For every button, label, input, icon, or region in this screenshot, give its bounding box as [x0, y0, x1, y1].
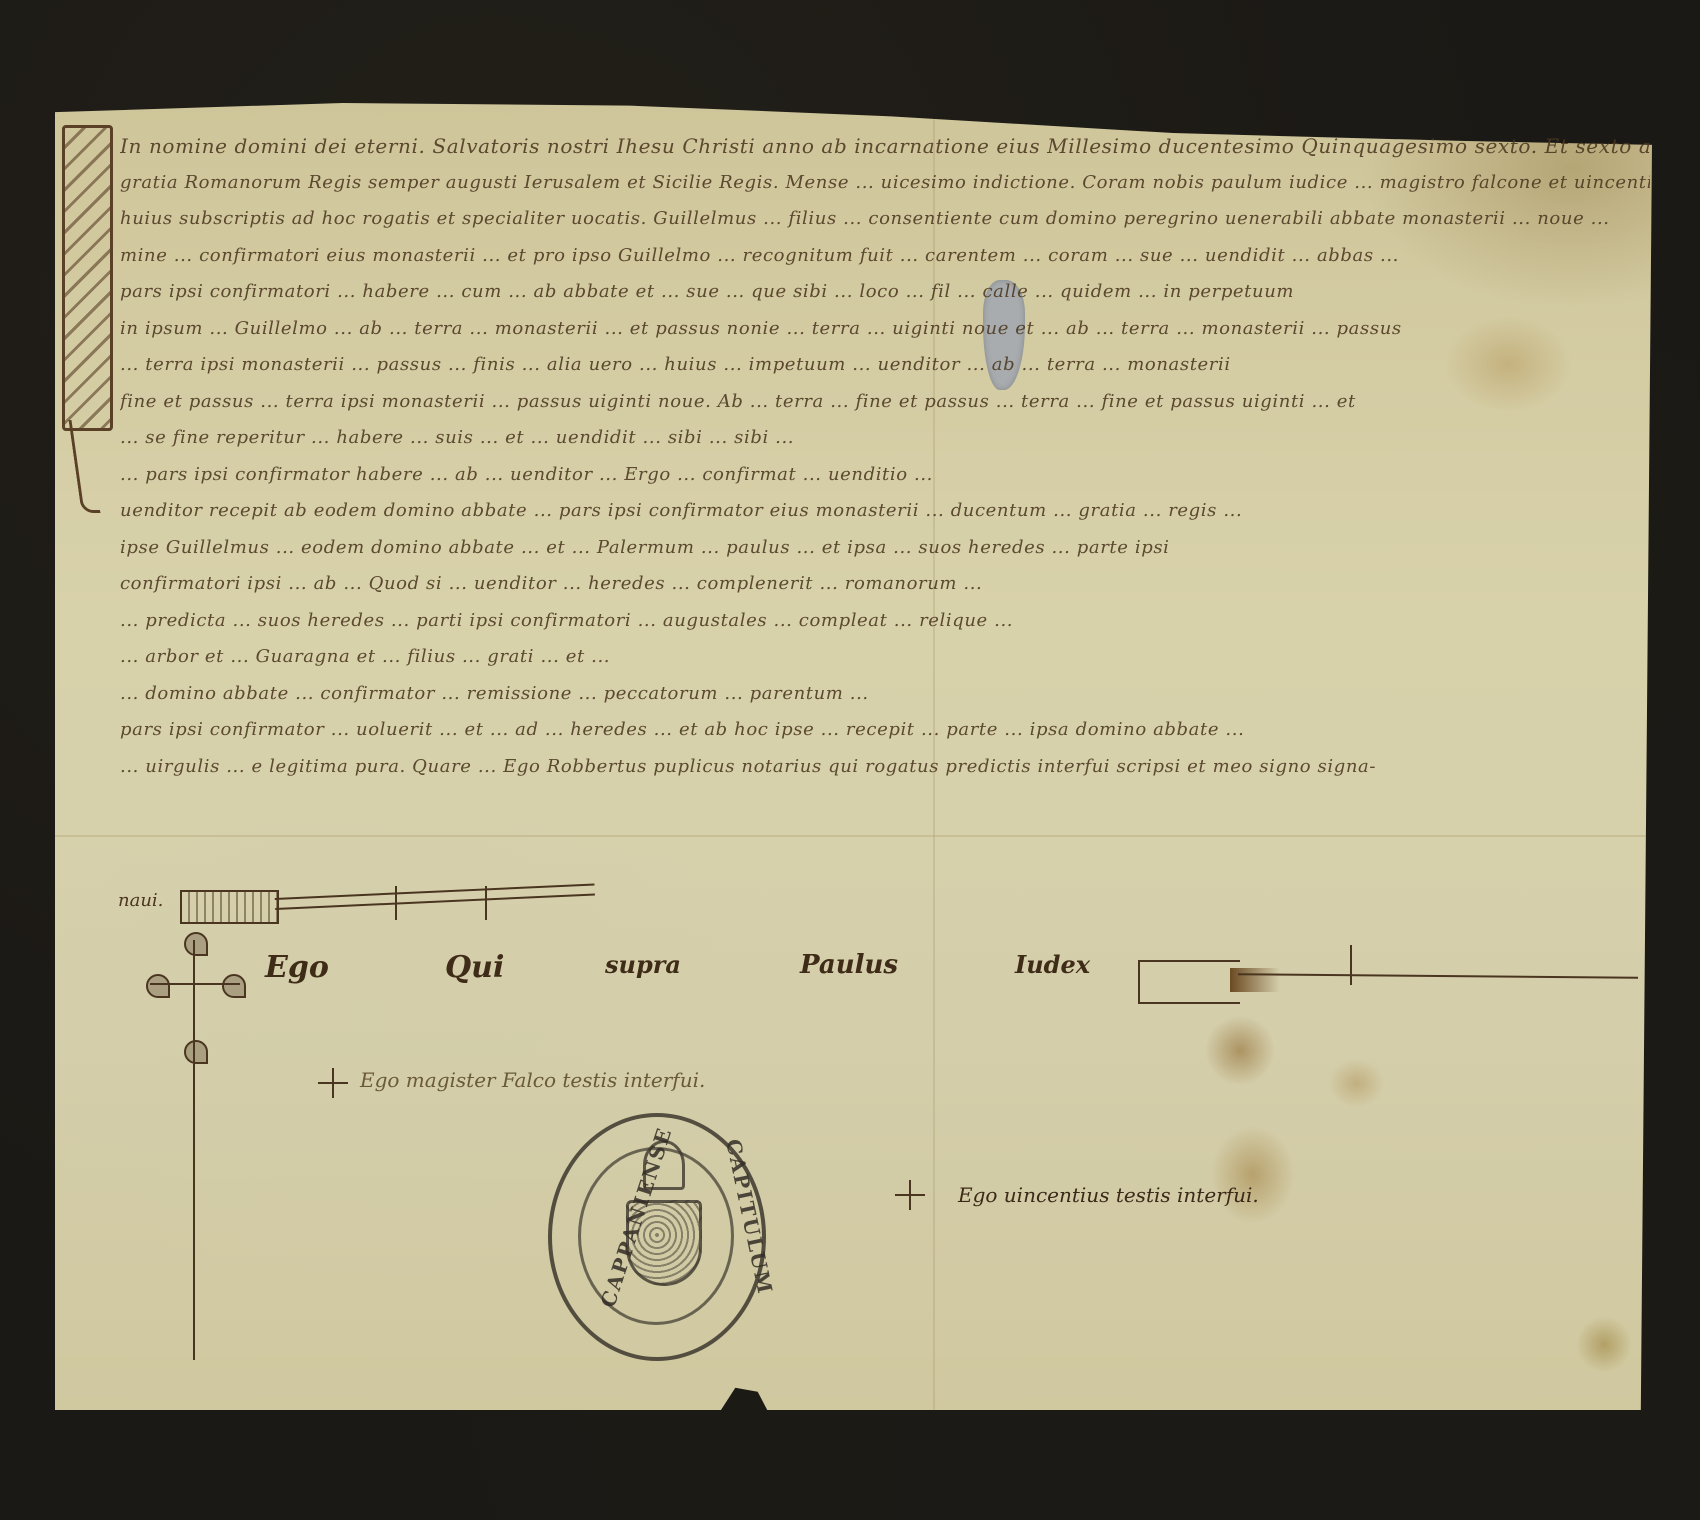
text-line: confirmatori ipsi ... ab ... Quod si ...…: [120, 566, 1650, 603]
text-line: mine ... confirmatori eius monasterii ..…: [120, 238, 1650, 275]
flourish-fill: [1230, 968, 1280, 992]
judge-signum-terminal: [1350, 945, 1352, 985]
judge-signum-flourish-icon: [1138, 960, 1240, 1004]
text-line: ipse Guillelmus ... eodem domino abbate …: [120, 530, 1650, 567]
notary-signum-box: [180, 890, 279, 924]
judge-cross-signum-icon: [150, 940, 240, 1360]
signature-supra: supra: [605, 950, 681, 979]
signature-paulus: Paulus: [800, 950, 898, 980]
notary-signum-tick: [485, 886, 487, 920]
text-line: ... predicta ... suos heredes ... parti …: [120, 603, 1650, 640]
text-line: uenditor recepit ab eodem domino abbate …: [120, 493, 1650, 530]
text-line: In nomine domini dei eterni. Salvatoris …: [120, 128, 1650, 165]
notary-closing-text: naui.: [118, 890, 163, 911]
signature-iudex: Iudex: [1015, 950, 1090, 979]
text-line: ... uirgulis ... e legitima pura. Quare …: [120, 749, 1650, 786]
text-line: ... pars ipsi confirmator habere ... ab …: [120, 457, 1650, 494]
fleur-de-lis-icon: [222, 974, 246, 998]
witness-cross-icon: [318, 1068, 348, 1098]
witness-cross-icon: [895, 1180, 925, 1210]
text-line: ... arbor et ... Guaragna et ... filius …: [120, 639, 1650, 676]
witness-vincentius: Ego uincentius testis interfui.: [958, 1183, 1259, 1207]
charter-body-text: In nomine domini dei eterni. Salvatoris …: [120, 128, 1650, 785]
text-line: fine et passus ... terra ipsi monasterii…: [120, 384, 1650, 421]
witness-falco: Ego magister Falco testis interfui.: [360, 1068, 705, 1092]
decorated-initial-I: [62, 125, 113, 431]
text-line: pars ipsi confirmator ... uoluerit ... e…: [120, 712, 1650, 749]
horizontal-fold-line: [55, 835, 1652, 837]
fleur-de-lis-icon: [184, 932, 208, 956]
text-line: gratia Romanorum Regis semper augusti Ie…: [120, 165, 1650, 202]
text-line: huius subscriptis ad hoc rogatis et spec…: [120, 201, 1650, 238]
text-line: ... domino abbate ... confirmator ... re…: [120, 676, 1650, 713]
fleur-de-lis-icon: [146, 974, 170, 998]
notary-signum-icon: [180, 886, 600, 926]
text-line: ... se fine reperitur ... habere ... sui…: [120, 420, 1650, 457]
signature-ego: Ego: [265, 950, 329, 985]
fleur-de-lis-icon: [184, 1040, 208, 1064]
notary-signum-tick: [395, 886, 397, 920]
text-line: ... terra ipsi monasterii ... passus ...…: [120, 347, 1650, 384]
signature-qui: Qui: [445, 950, 504, 985]
cross-vertical: [193, 940, 195, 1360]
notary-signum-shaft: [275, 883, 595, 910]
chapter-ink-seal: CAPPANIENSE CAPITULUM: [548, 1113, 766, 1361]
text-line: in ipsum ... Guillelmo ... ab ... terra …: [120, 311, 1650, 348]
text-line: pars ipsi confirmatori ... habere ... cu…: [120, 274, 1650, 311]
